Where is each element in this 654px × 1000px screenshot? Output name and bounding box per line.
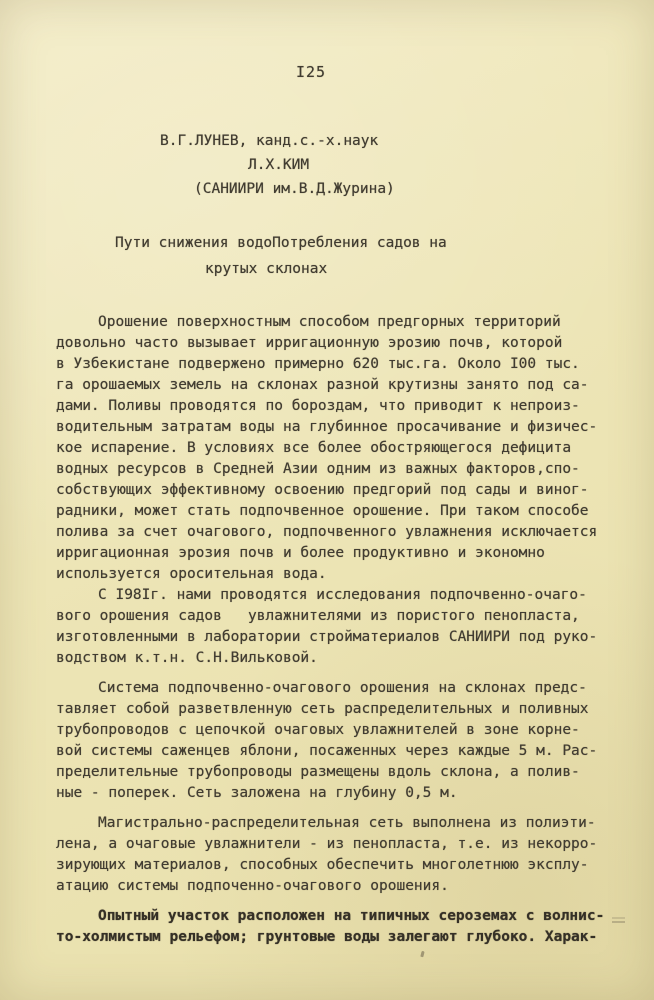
body-line: трубопроводов с цепочкой очаговых увлажн… bbox=[56, 720, 622, 741]
body-line: Опытный участок расположен на типичных с… bbox=[56, 906, 622, 927]
body-line: Магистрально-распределительная сеть выпо… bbox=[56, 813, 622, 834]
title-line: крутых склонах bbox=[205, 256, 447, 282]
body-line: ирригационная эрозия почв и более продук… bbox=[56, 543, 622, 564]
body-line: собствующих эффективному освоению предго… bbox=[56, 480, 622, 501]
body-line: атацию системы подпоченно-очагового орош… bbox=[56, 876, 622, 897]
paragraph: Опытный участок расположен на типичных с… bbox=[56, 906, 622, 948]
scanned-page: I25 В.Г.ЛУНЕВ, канд.с.-х.наук Л.Х.КИМ (С… bbox=[0, 0, 654, 1000]
body-line: зирующих материалов, способных обеспечит… bbox=[56, 855, 622, 876]
paragraph: Орошение поверхностным способом предгорн… bbox=[56, 312, 622, 585]
body-line: пределительные трубопроводы размещены вд… bbox=[56, 762, 622, 783]
author-block: В.Г.ЛУНЕВ, канд.с.-х.наук Л.Х.КИМ (САНИИ… bbox=[160, 129, 395, 201]
body-line: кое испарение. В условиях все более обос… bbox=[56, 438, 622, 459]
body-line: вой системы саженцев яблони, посаженных … bbox=[56, 741, 622, 762]
body-line: в Узбекистане подвержено примерно 620 ты… bbox=[56, 354, 622, 375]
body-line: довольно часто вызывает ирригационную эр… bbox=[56, 333, 622, 354]
author-line: Л.Х.КИМ bbox=[248, 153, 395, 177]
body-text: Орошение поверхностным способом предгорн… bbox=[56, 312, 622, 948]
paragraph: С I98Iг. нами проводятся исследования по… bbox=[56, 585, 622, 669]
body-line: водством к.т.н. С.Н.Вильковой. bbox=[56, 648, 622, 669]
body-line: полива за счет очагового, подпочвенного … bbox=[56, 522, 622, 543]
body-line: тавляет собой разветвленную сеть распред… bbox=[56, 699, 622, 720]
body-line: лена, а очаговые увлажнители - из пенопл… bbox=[56, 834, 622, 855]
body-line: С I98Iг. нами проводятся исследования по… bbox=[56, 585, 622, 606]
body-line: ные - поперек. Сеть заложена на глубину … bbox=[56, 783, 622, 804]
paragraph: Система подпочвенно-очагового орошения н… bbox=[56, 678, 622, 804]
body-line: га орошаемых земель на склонах разной кр… bbox=[56, 375, 622, 396]
page-number: I25 bbox=[0, 63, 638, 81]
body-line: водительным затратам воды на глубинное п… bbox=[56, 417, 622, 438]
body-line: Система подпочвенно-очагового орошения н… bbox=[56, 678, 622, 699]
body-line: используется оросительная вода. bbox=[56, 564, 622, 585]
pencil-mark bbox=[612, 921, 625, 923]
paragraph: Магистрально-распределительная сеть выпо… bbox=[56, 813, 622, 897]
body-line: вого орошения садов увлажнителями из пор… bbox=[56, 606, 622, 627]
article-title: Пути снижения водоПотребления садов на к… bbox=[115, 230, 447, 282]
title-line: Пути снижения водоПотребления садов на bbox=[115, 230, 447, 256]
body-line: Орошение поверхностным способом предгорн… bbox=[56, 312, 622, 333]
body-line: изготовленными в лаборатории стройматери… bbox=[56, 627, 622, 648]
ink-speck bbox=[420, 951, 424, 958]
body-line: то-холмистым рельефом; грунтовые воды за… bbox=[56, 927, 622, 948]
body-line: радники, может стать подпочвенное орошен… bbox=[56, 501, 622, 522]
body-line: водных ресурсов в Средней Азии одним из … bbox=[56, 459, 622, 480]
author-line: В.Г.ЛУНЕВ, канд.с.-х.наук bbox=[160, 129, 395, 153]
body-line: дами. Поливы проводятся по бороздам, что… bbox=[56, 396, 622, 417]
author-affiliation: (САНИИРИ им.В.Д.Журина) bbox=[194, 177, 395, 201]
